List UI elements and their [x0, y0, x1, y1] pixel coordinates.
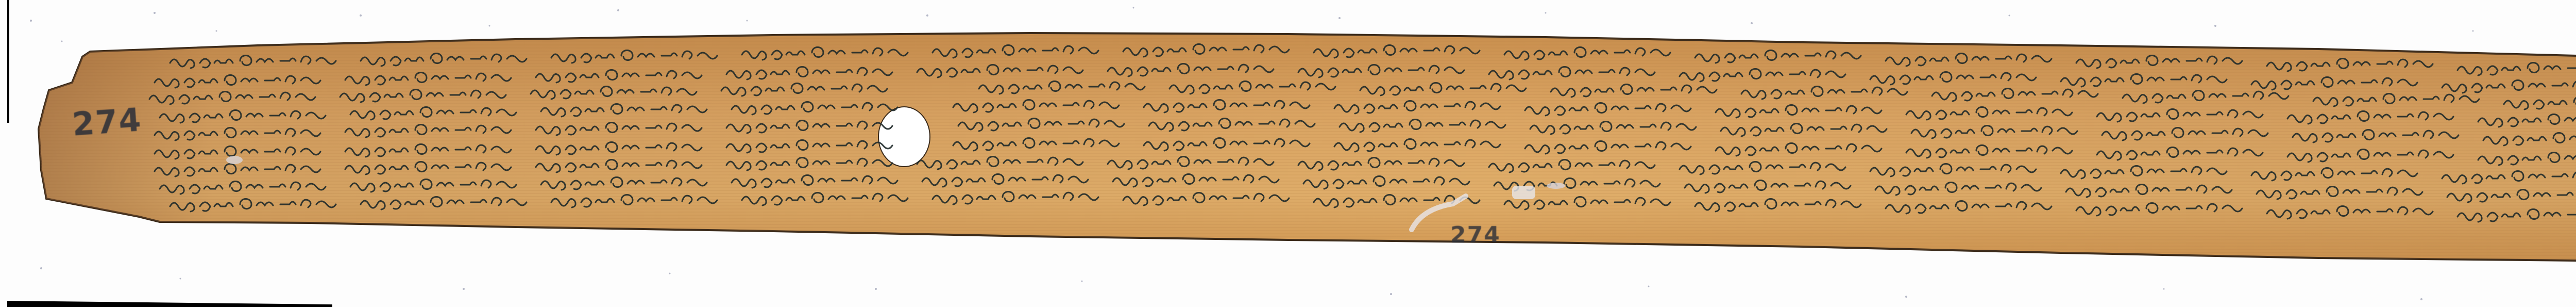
- folio-number-left: 274: [71, 101, 143, 143]
- palm-leaf: [0, 0, 2576, 307]
- folio-number-bottom: 274: [1450, 222, 1501, 248]
- binding-hole: [878, 107, 930, 167]
